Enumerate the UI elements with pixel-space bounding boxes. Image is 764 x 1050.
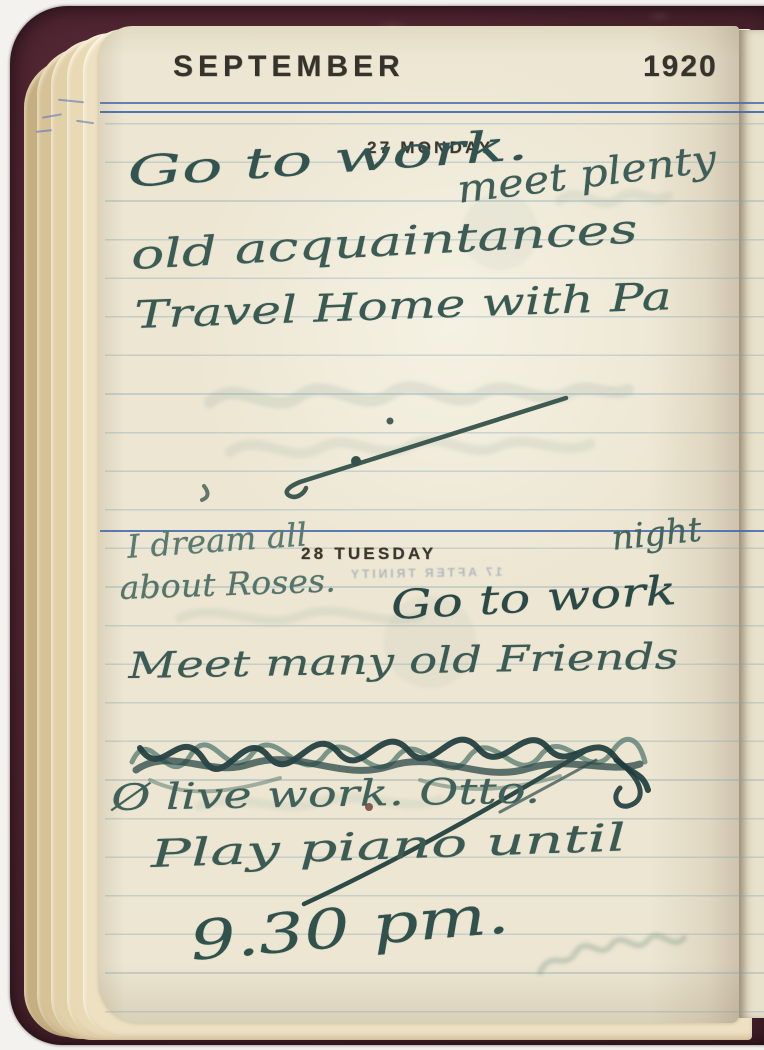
facing-page-sliver [739, 30, 764, 1018]
year-label: 1920 [643, 50, 718, 84]
handwriting-tuesday-line6: Ø live work. Otto. [111, 774, 540, 817]
ink-speck [365, 803, 373, 811]
handwriting-tuesday-line1-after: night [610, 513, 703, 556]
header-rule-top [100, 102, 764, 104]
diary-photo: SEPTEMBER 1920 27 MONDAY 28 TUESDAY 17 A… [0, 0, 764, 1050]
handwriting-tuesday-line4: Meet many old Friends [128, 639, 679, 685]
month-title: SEPTEMBER [173, 50, 405, 84]
handwriting-tuesday-line2: about Roses. [119, 564, 336, 604]
header-rule-bottom [100, 111, 764, 113]
ruled-lines [739, 86, 764, 1016]
